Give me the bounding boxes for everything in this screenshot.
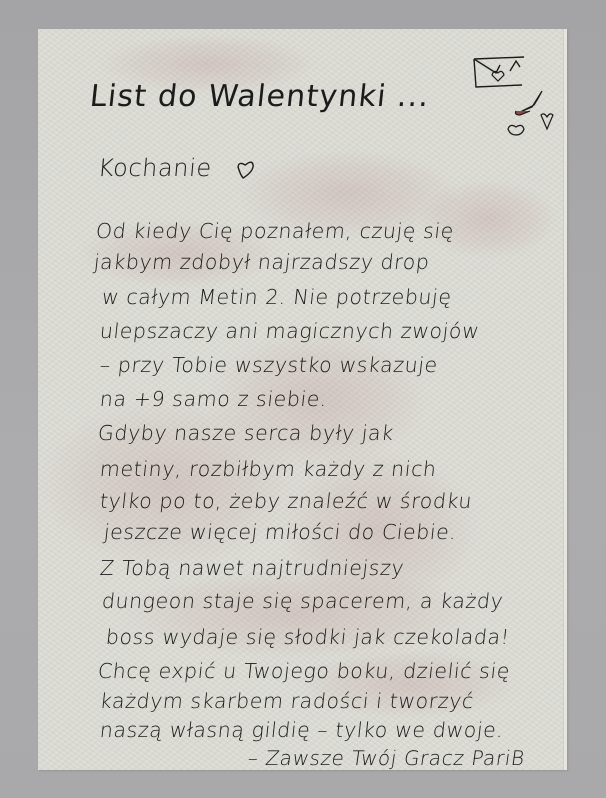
letter-line: metiny, rozbiłbym każdy z nich — [99, 457, 438, 481]
letter-line: Chcę expić u Twojego boku, dzielić się — [97, 659, 512, 683]
greeting-text: Kochanie — [97, 154, 213, 182]
letter-line: tylko po to, żeby znaleźć w środku — [99, 489, 474, 513]
letter-line: w całym Metin 2. Nie potrzebuję — [101, 285, 453, 309]
paper-edge — [563, 29, 567, 770]
letter-signature: – Zawsze Twój Gracz PariB — [246, 746, 526, 770]
letter-paper: List do Walentynki ... Kochanie Od kiedy… — [38, 29, 567, 770]
letter-line: jeszcze więcej miłości do Ciebie. — [103, 520, 458, 544]
letter-line: na +9 samo z siebie. — [99, 387, 329, 411]
heart-icon — [506, 121, 528, 137]
letter-line: – przy Tobie wszystko wskazuje — [99, 353, 439, 377]
letter-line: boss wydaje się słodki jak czekolada! — [105, 625, 511, 649]
letter-title: List do Walentynki ... — [88, 79, 431, 114]
letter-line: Od kiedy Cię poznałem, czuję się — [95, 219, 456, 243]
letter-line: ulepszaczy ani magicznych zwojów — [99, 319, 481, 343]
letter-greeting: Kochanie — [97, 154, 257, 182]
letter-line: każdym skarbem radości i tworzyć — [99, 689, 475, 713]
letter-line: Gdyby nasze serca były jak — [97, 421, 395, 445]
letter-line: Z Tobą nawet najtrudniejszy — [99, 556, 406, 580]
letter-line: dungeon staje się spacerem, a każdy — [101, 589, 505, 613]
heart-icon — [538, 111, 556, 131]
letter-line: jakbym zdobył najrzadszy drop — [93, 250, 431, 274]
letter-line: naszą własną gildię – tylko we dwoje. — [99, 718, 505, 742]
heart-icon — [233, 159, 257, 179]
